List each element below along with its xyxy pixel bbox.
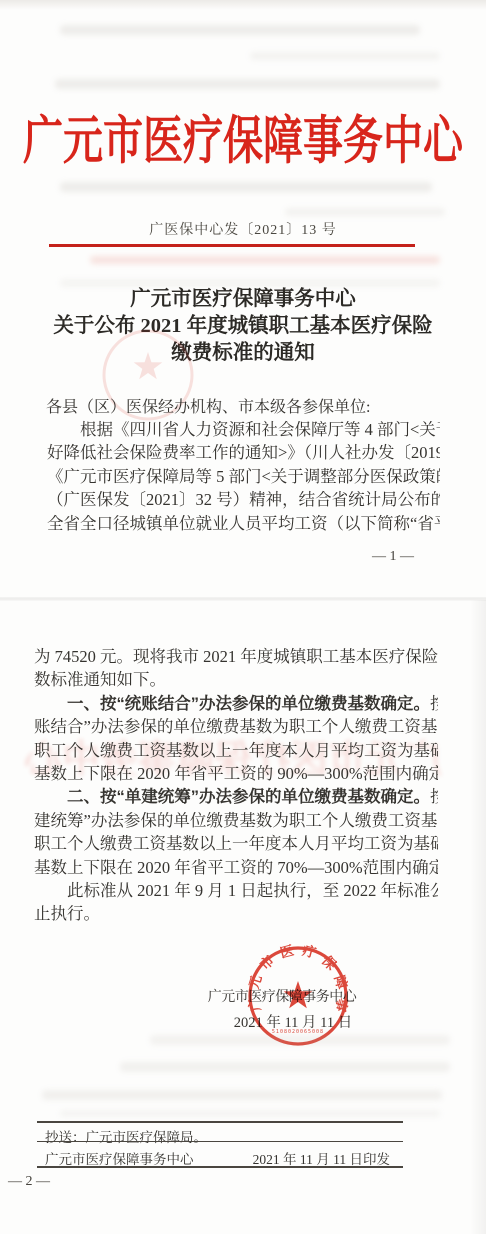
red-divider-rule <box>49 244 415 247</box>
notice-title-line3: 缴费标准的通知 <box>0 340 486 367</box>
page1-number: — 1 — <box>0 549 414 565</box>
scan-top-edge <box>0 0 486 10</box>
agency-red-header: 广元市医疗保障事务中心 <box>0 100 486 174</box>
footer-issuer-row: 广元市医疗保障事务中心 2021 年 11 月 11 日印发 <box>45 1148 390 1168</box>
body-text-line: 根据《四川省人力资源和社会保障厅等 4 部门<关于抓紧做 <box>47 418 440 441</box>
footer-rule-top <box>37 1121 403 1123</box>
body-text-line: 《广元市医疗保障局等 5 部门<关于调整部分医保政策的通知>》 <box>47 465 440 488</box>
star-icon <box>134 352 163 379</box>
body-text-line: 职工个人缴费工资基数以上一年度本人月平均工资为基础，缴费 <box>34 832 438 855</box>
seal-ring-text: 广元市医疗保障事务中心 <box>246 944 350 1014</box>
notice-title-line2: 关于公布 2021 年度城镇职工基本医疗保险 <box>0 313 486 340</box>
official-seal: 广元市医疗保障事务中心 5108020065008 <box>246 944 350 1048</box>
scanned-document: { "colors": { "header_red": "#d8251b", "… <box>0 0 486 1234</box>
body-text-line: 一、按“统账结合”办法参保的单位缴费基数确定。按“统 <box>34 692 438 715</box>
bleed-through-artifact <box>285 208 445 216</box>
body-text-line: 建统筹”办法参保的单位缴费基数为职工个人缴费工资基数之和， <box>34 809 438 832</box>
body-text-line: 二、按“单建统筹”办法参保的单位缴费基数确定。按“单 <box>34 785 438 808</box>
bleed-through-artifact <box>150 1035 450 1045</box>
footer-issuer: 广元市医疗保障事务中心 <box>45 1148 194 1168</box>
body-text-line: 基数上下限在 2020 年省平工资的 70%—300%范围内确定。 <box>34 856 438 879</box>
body-text-line: 为 74520 元。现将我市 2021 年度城镇职工基本医疗保险缴费基 <box>34 645 438 668</box>
copy-to-line: 抄送：广元市医疗保障局。 <box>45 1126 207 1146</box>
footer-rule-bottom <box>37 1166 403 1168</box>
bleed-through-artifact <box>60 182 432 192</box>
svg-text:广元市医疗保障事务中心: 广元市医疗保障事务中心 <box>246 944 350 1014</box>
scan-right-edge <box>470 600 486 1234</box>
bleed-through-artifact <box>90 256 440 264</box>
footer-rule-middle <box>37 1141 403 1142</box>
page1-body: 根据《四川省人力资源和社会保障厅等 4 部门<关于抓紧做好降低社会保险费率工作的… <box>47 418 440 535</box>
body-text-line: 账结合”办法参保的单位缴费基数为职工个人缴费工资基数之和， <box>34 715 438 738</box>
body-text-line: 好降低社会保险费率工作的通知>》（川人社办发〔2019〕65 号） <box>47 441 440 464</box>
page-seam <box>0 597 486 601</box>
body-text-line: 基数上下限在 2020 年省平工资的 90%—300%范围内确定。 <box>34 762 438 785</box>
bleed-through-artifact <box>42 1090 442 1100</box>
page2-body: 为 74520 元。现将我市 2021 年度城镇职工基本医疗保险缴费基数标准通知… <box>34 645 438 926</box>
body-text-line: （广医保发〔2021〕32 号）精神，结合省统计局公布的 2020 年 <box>47 488 440 511</box>
bleed-through-artifact <box>60 1110 440 1117</box>
page2-number: — 2 — <box>8 1174 50 1190</box>
body-text-line: 止执行。 <box>34 902 438 925</box>
body-text-line: 数标准通知如下。 <box>34 668 438 691</box>
document-number: 广医保中心发〔2021〕13 号 <box>0 219 486 239</box>
bleed-through-artifact <box>120 1062 450 1072</box>
body-text-line: 全省全口径城镇单位就业人员平均工资（以下简称“省平工资”） <box>47 512 440 535</box>
bleed-through-artifact <box>55 79 440 89</box>
footer-print-date: 2021 年 11 月 11 日印发 <box>253 1148 390 1168</box>
star-icon <box>284 981 313 1008</box>
notice-title-line1: 广元市医疗保障事务中心 <box>0 286 486 313</box>
bleed-through-artifact <box>60 25 420 35</box>
body-text-line: 此标准从 2021 年 9 月 1 日起执行，至 2022 年标准公布后终 <box>34 879 438 902</box>
notice-title: 广元市医疗保障事务中心 关于公布 2021 年度城镇职工基本医疗保险 缴费标准的… <box>0 286 486 367</box>
salutation: 各县（区）医保经办机构、市本级各参保单位: <box>46 394 370 417</box>
body-text-line: 职工个人缴费工资基数以上一年度本人月平均工资为基础，缴费 <box>34 739 438 762</box>
bleed-through-artifact <box>250 52 440 60</box>
